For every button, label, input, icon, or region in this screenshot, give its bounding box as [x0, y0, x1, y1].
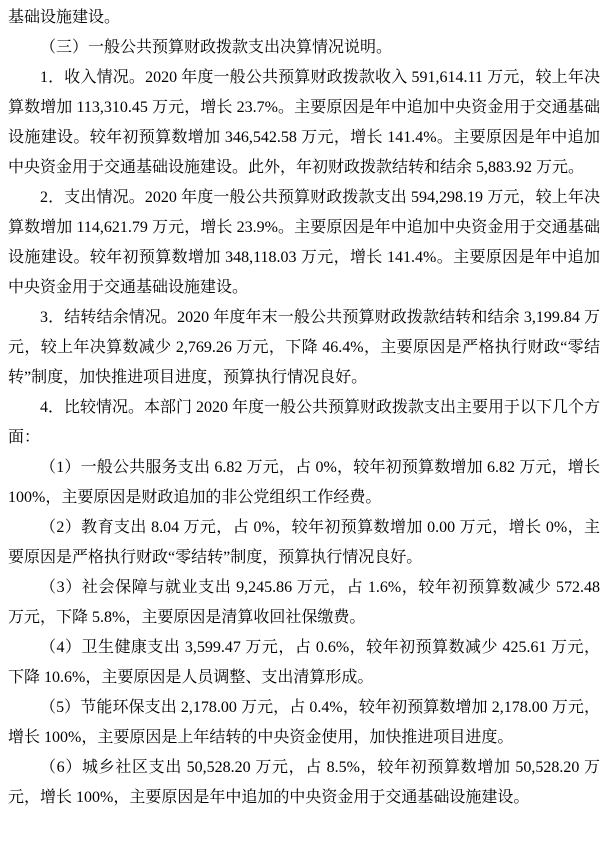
- paragraph-income: 1．收入情况。2020 年度一般公共预算财政拨款收入 591,614.11 万元…: [8, 63, 600, 183]
- paragraph-carryover: 3．结转结余情况。2020 年度年末一般公共预算财政拨款结转和结余 3,199.…: [8, 303, 600, 393]
- document-page: 基础设施建设。 （三）一般公共预算财政拨款支出决算情况说明。 1．收入情况。20…: [0, 0, 606, 844]
- paragraph-item-4-health: （4）卫生健康支出 3,599.47 万元，占 0.6%，较年初预算数减少 42…: [8, 633, 600, 693]
- paragraph-expenditure: 2．支出情况。2020 年度一般公共预算财政拨款支出 594,298.19 万元…: [8, 183, 600, 303]
- paragraph-item-6-community: （6）城乡社区支出 50,528.20 万元，占 8.5%，较年初预算数增加 5…: [8, 753, 600, 813]
- paragraph-comparison-intro: 4．比较情况。本部门 2020 年度一般公共预算财政拨款支出主要用于以下几个方面…: [8, 393, 600, 453]
- paragraph-item-3-social-security: （3）社会保障与就业支出 9,245.86 万元，占 1.6%，较年初预算数减少…: [8, 573, 600, 633]
- paragraph-section-heading: （三）一般公共预算财政拨款支出决算情况说明。: [8, 33, 600, 63]
- paragraph-item-1-general-public: （1）一般公共服务支出 6.82 万元，占 0%，较年初预算数增加 6.82 万…: [8, 453, 600, 513]
- paragraph-continuation: 基础设施建设。: [8, 3, 600, 33]
- paragraph-item-5-environment: （5）节能环保支出 2,178.00 万元，占 0.4%，较年初预算数增加 2,…: [8, 693, 600, 753]
- paragraph-item-2-education: （2）教育支出 8.04 万元，占 0%，较年初预算数增加 0.00 万元，增长…: [8, 513, 600, 573]
